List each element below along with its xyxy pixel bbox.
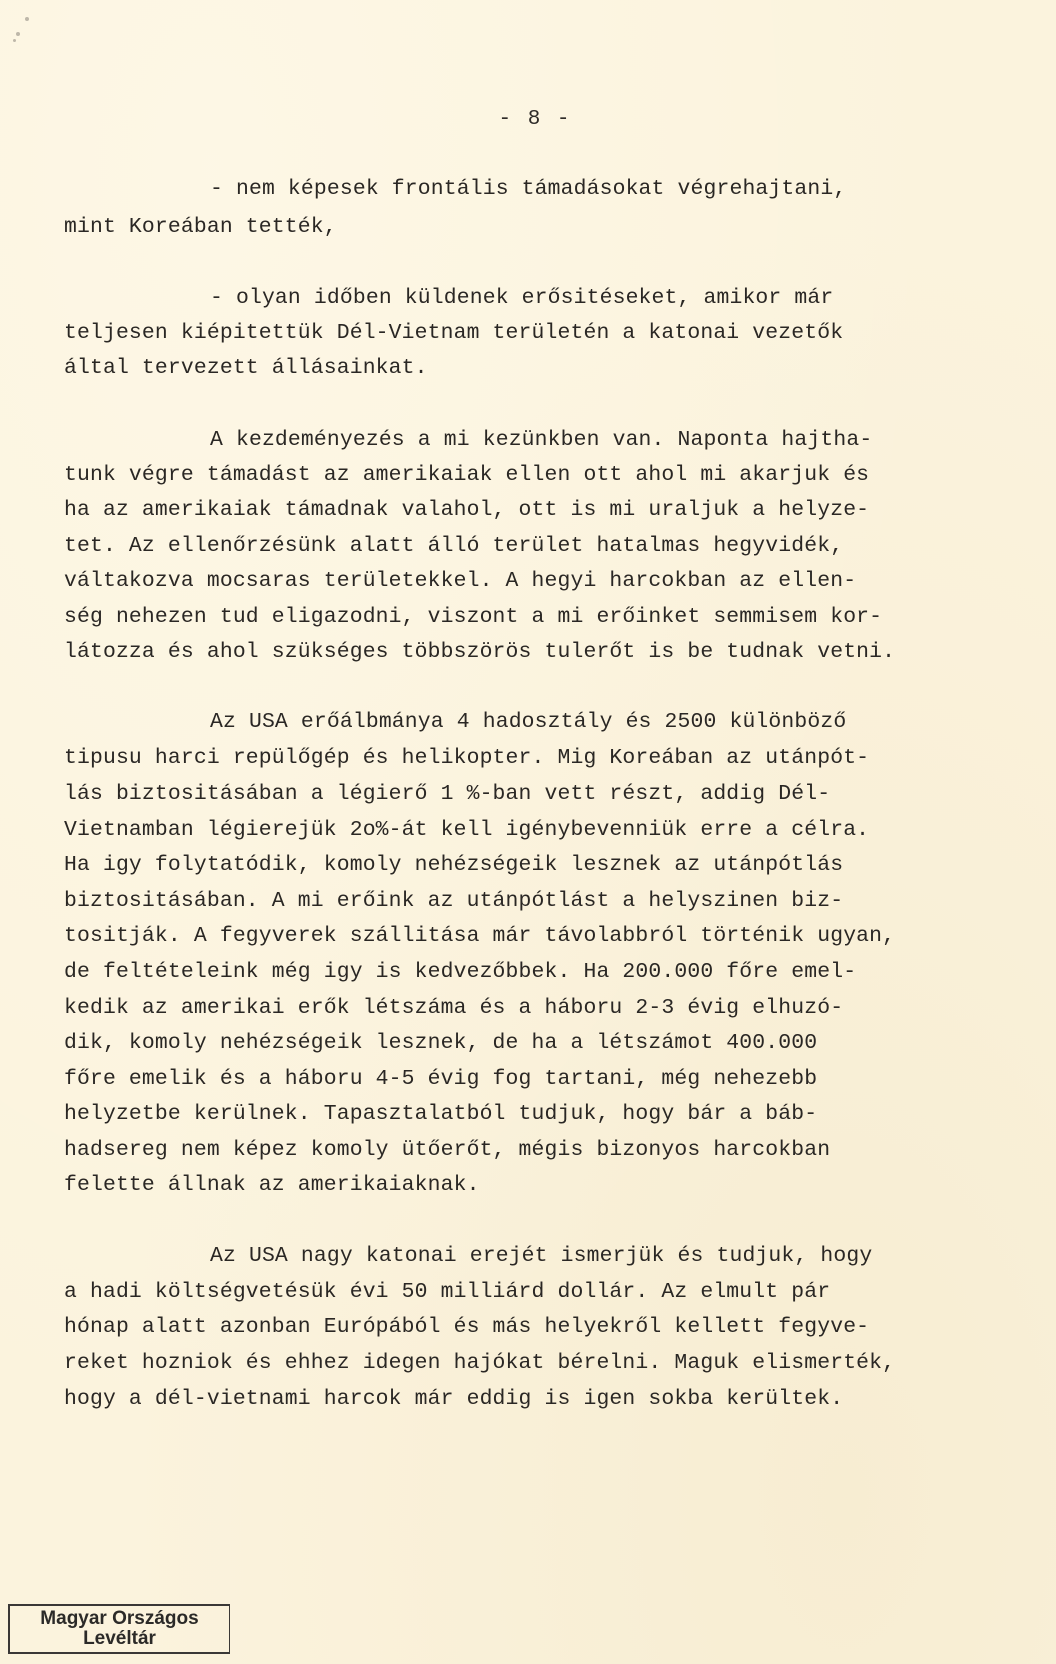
text-line: Az USA erőálbmánya 4 hadosztály és 2500 …	[210, 709, 846, 735]
text-line: felette állnak az amerikaiaknak.	[64, 1172, 480, 1198]
text-line: biztositásában. A mi erőink az utánpótlá…	[64, 888, 843, 914]
text-line: tositják. A fegyverek szállitása már táv…	[64, 923, 895, 949]
text-line: teljesen kiépitettük Dél-Vietnam terület…	[64, 320, 843, 346]
text-line: - olyan időben küldenek erősitéseket, am…	[210, 285, 833, 311]
text-line: tet. Az ellenőrzésünk alatt álló terület…	[64, 533, 843, 559]
text-line: váltakozva mocsaras területekkel. A hegy…	[64, 568, 856, 594]
text-line: Az USA nagy katonai erejét ismerjük és t…	[210, 1243, 872, 1269]
page-number: - 8 -	[0, 108, 1056, 131]
text-line: - nem képesek frontális támadásokat végr…	[210, 176, 846, 202]
text-line: lás biztositásában a légierő 1 %-ban vet…	[64, 781, 830, 807]
text-line: reket hozniok és ehhez idegen hajókat bé…	[64, 1350, 895, 1376]
text-line: A kezdeményezés a mi kezünkben van. Napo…	[210, 427, 872, 453]
text-line: tipusu harci repülőgép és helikopter. Mi…	[64, 745, 869, 771]
text-line: hónap alatt azonban Európából és más hel…	[64, 1314, 869, 1340]
text-line: tunk végre támadást az amerikaiak ellen …	[64, 462, 869, 488]
text-line: hogy a dél-vietnami harcok már eddig is …	[64, 1386, 843, 1412]
stamp-line-2: Levéltár	[10, 1629, 229, 1649]
text-line: Vietnamban légierejük 2o%-át kell igényb…	[64, 817, 869, 843]
text-line: helyzetbe kerülnek. Tapasztalatból tudju…	[64, 1101, 817, 1127]
text-line: mint Koreában tették,	[64, 214, 337, 240]
text-line: hadsereg nem képez komoly ütőerőt, mégis…	[64, 1137, 830, 1163]
text-line: ha az amerikaiak támadnak valahol, ott i…	[64, 497, 869, 523]
text-line: főre emelik és a háboru 4-5 évig fog tar…	[64, 1066, 817, 1092]
text-line: dik, komoly nehézségeik lesznek, de ha a…	[64, 1030, 817, 1056]
text-line: a hadi költségvetésük évi 50 milliárd do…	[64, 1279, 830, 1305]
stamp-line-1: Magyar Országos	[10, 1609, 229, 1629]
text-line: de feltételeink még igy is kedvezőbbek. …	[64, 959, 856, 985]
archive-stamp: Magyar Országos Levéltár	[8, 1604, 230, 1654]
text-line: ség nehezen tud eligazodni, viszont a mi…	[64, 604, 882, 630]
corner-smudge	[10, 14, 34, 44]
text-line: kedik az amerikai erők létszáma és a háb…	[64, 995, 843, 1021]
text-line: által tervezett állásainkat.	[64, 355, 428, 381]
text-line: Ha igy folytatódik, komoly nehézségeik l…	[64, 852, 843, 878]
text-line: látozza és ahol szükséges többszörös tul…	[64, 639, 895, 665]
